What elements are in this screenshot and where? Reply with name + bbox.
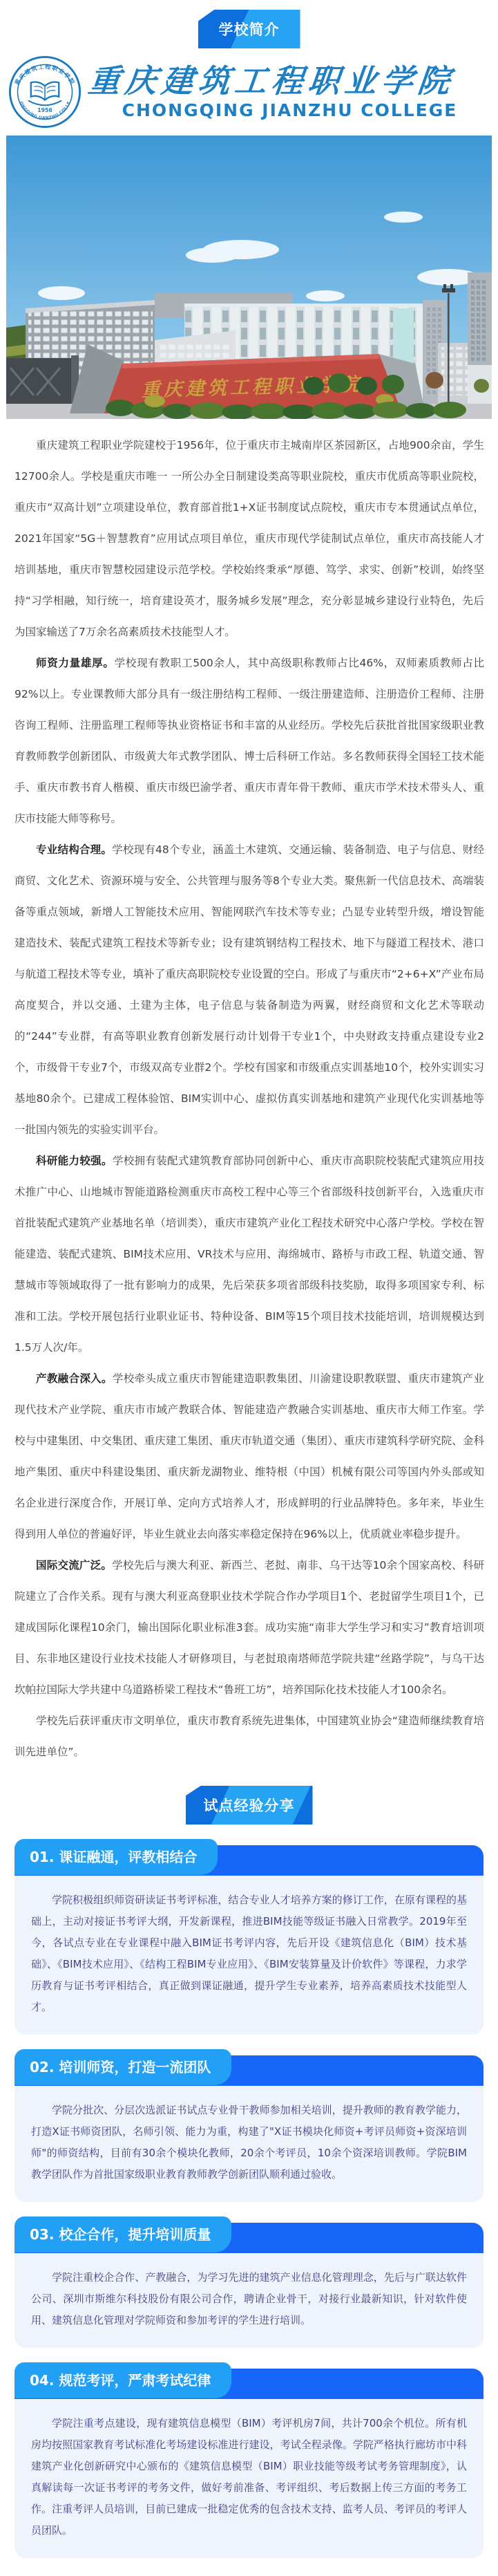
intro-paragraph: 重庆建筑工程职业学院建校于1956年，位于重庆市主城南岸区茶园新区，占地900余… <box>15 430 484 648</box>
experience-card: 03. 校企合作，提升培训质量 学院注重校企合作、产教融合，为学习先进的建筑产业… <box>15 2223 483 2348</box>
bottom-padding <box>0 2558 498 2576</box>
paragraph-lead: 国际交流广泛。 <box>36 1559 112 1571</box>
card-number: 02. <box>30 2059 54 2075</box>
school-seal-icon: 重庆建筑工程职业学院 CHONGQING JIANZHU COLLEGE 195… <box>8 55 82 129</box>
paragraph-text: 学校拥有装配式建筑教育部协同创新中心、重庆市高职院校装配式建筑应用技术推广中心、… <box>15 1155 484 1354</box>
experience-card: 04. 规范考评，严肃考试纪律 学院注重考点建设，现有建筑信息模型（BIM）考评… <box>15 2369 483 2558</box>
paragraph-text: 学校牵头成立重庆市智能建造职教集团、川渝建设职教联盟、重庆市建筑产业现代技术产业… <box>15 1372 484 1540</box>
school-intro-badge-label: 学校简介 <box>219 21 280 38</box>
paragraph-lead: 产教融合深入。 <box>36 1372 113 1385</box>
card-header-bar: 04. 规范考评，严肃考试纪律 <box>15 2369 483 2399</box>
card-number: 03. <box>30 2226 54 2243</box>
intro-paragraph: 学校先后获评重庆市文明单位，重庆市教育系统先进集体，中国建筑业协会“建造师继续教… <box>15 1706 484 1768</box>
card-header-bar: 01. 课证融通，评教相结合 <box>15 1845 483 1876</box>
paragraph-lead: 专业结构合理。 <box>36 843 112 856</box>
card-number-tab: 01. 课证融通，评教相结合 <box>15 1839 218 1875</box>
brand-header: 重庆建筑工程职业学院 CHONGQING JIANZHU COLLEGE 195… <box>0 54 498 133</box>
intro-paragraph: 师资力量雄厚。学校现有教职工500余人，其中高级职称教师占比46%，双师素质教师… <box>15 648 484 834</box>
card-title: 课证融通，评教相结合 <box>59 1849 197 1865</box>
intro-paragraph: 国际交流广泛。学校先后与澳大利亚、新西兰、老挝、南非、乌干达等10余个国家高校、… <box>15 1550 484 1706</box>
card-body-text: 学院分批次、分层次选派证书试点专业骨干教师参加相关培训，提升教师的教育教学能力，… <box>15 2086 483 2202</box>
card-header-bar: 02. 培训师资，打造一流团队 <box>15 2055 483 2086</box>
card-body-text: 学院积极组织师资研读证书考评标准，结合专业人才培养方案的修订工作，在原有课程的基… <box>15 1876 483 2035</box>
experience-badge-label: 试点经验分享 <box>204 1798 295 1814</box>
card-number: 04. <box>30 2372 54 2389</box>
card-title: 规范考评，严肃考试纪律 <box>59 2372 211 2389</box>
intro-badge-row: 学校简介 <box>0 10 498 48</box>
experience-card: 01. 课证融通，评教相结合 学院积极组织师资研读证书考评标准，结合专业人才培养… <box>15 1845 483 2035</box>
school-name-calligraphy: 重庆建筑工程职业学院 <box>86 64 492 99</box>
paragraph-lead: 师资力量雄厚。 <box>36 657 115 669</box>
experience-card: 02. 培训师资，打造一流团队 学院分批次、分层次选派证书试点专业骨干教师参加相… <box>15 2055 483 2202</box>
brand-title-block: 重庆建筑工程职业学院 CHONGQING JIANZHU COLLEGE <box>88 64 491 120</box>
paragraph-lead: 科研能力较强。 <box>36 1155 113 1167</box>
intro-paragraph: 专业结构合理。学校现有48个专业，涵盖土木建筑、交通运输、装备制造、电子与信息、… <box>15 834 484 1146</box>
paragraph-text: 学校先后与澳大利亚、新西兰、老挝、南非、乌干达等10余个国家高校、科研院建立了合… <box>15 1559 484 1696</box>
card-number: 01. <box>30 1849 54 1865</box>
experience-cards: 01. 课证融通，评教相结合 学院积极组织师资研读证书考评标准，结合专业人才培养… <box>15 1845 483 2558</box>
card-header-bar: 03. 校企合作，提升培训质量 <box>15 2223 483 2253</box>
paragraph-text: 学校现有48个专业，涵盖土木建筑、交通运输、装备制造、电子与信息、财经商贸、文化… <box>15 843 484 1136</box>
intro-paragraph: 科研能力较强。学校拥有装配式建筑教育部协同创新中心、重庆市高职院校装配式建筑应用… <box>15 1146 484 1363</box>
card-number-tab: 02. 培训师资，打造一流团队 <box>15 2049 231 2085</box>
card-body-text: 学院注重考点建设，现有建筑信息模型（BIM）考评机房7间，共计700余个机位。所… <box>15 2399 483 2558</box>
card-title: 校企合作，提升培训质量 <box>59 2226 211 2243</box>
school-name-english: CHONGQING JIANZHU COLLEGE <box>88 100 491 120</box>
article-page: 学校简介 重庆建筑工程职业学院 CHONGQING JIANZHU COLLEG… <box>0 0 498 2576</box>
school-intro-badge: 学校简介 <box>198 10 300 48</box>
photo-far-right-building <box>468 272 492 419</box>
school-intro-article: 重庆建筑工程职业学院建校于1956年，位于重庆市主城南岸区茶园新区，占地900余… <box>15 430 484 1768</box>
experience-badge-row: 试点经验分享 <box>0 1786 498 1824</box>
intro-paragraph: 产教融合深入。学校牵头成立重庆市智能建造职教集团、川渝建设职教联盟、重庆市建筑产… <box>15 1363 484 1550</box>
card-title: 培训师资，打造一流团队 <box>59 2059 211 2075</box>
paragraph-text: 重庆建筑工程职业学院建校于1956年，位于重庆市主城南岸区茶园新区，占地900余… <box>15 439 484 638</box>
seal-year: 1956 <box>37 107 52 113</box>
card-body-text: 学院注重校企合作、产教融合，为学习先进的建筑产业信息化管理理念，先后与广联达软件… <box>15 2253 483 2348</box>
card-number-tab: 04. 规范考评，严肃考试纪律 <box>15 2362 231 2398</box>
paragraph-text: 学校先后获评重庆市文明单位，重庆市教育系统先进集体，中国建筑业协会“建造师继续教… <box>15 1715 484 1758</box>
campus-photo: 重庆建筑工程职业学院 <box>6 136 492 419</box>
experience-badge: 试点经验分享 <box>186 1786 313 1824</box>
paragraph-text: 学校现有教职工500余人，其中高级职称教师占比46%，双师素质教师占比92%以上… <box>15 657 484 825</box>
card-number-tab: 03. 校企合作，提升培训质量 <box>15 2216 231 2252</box>
